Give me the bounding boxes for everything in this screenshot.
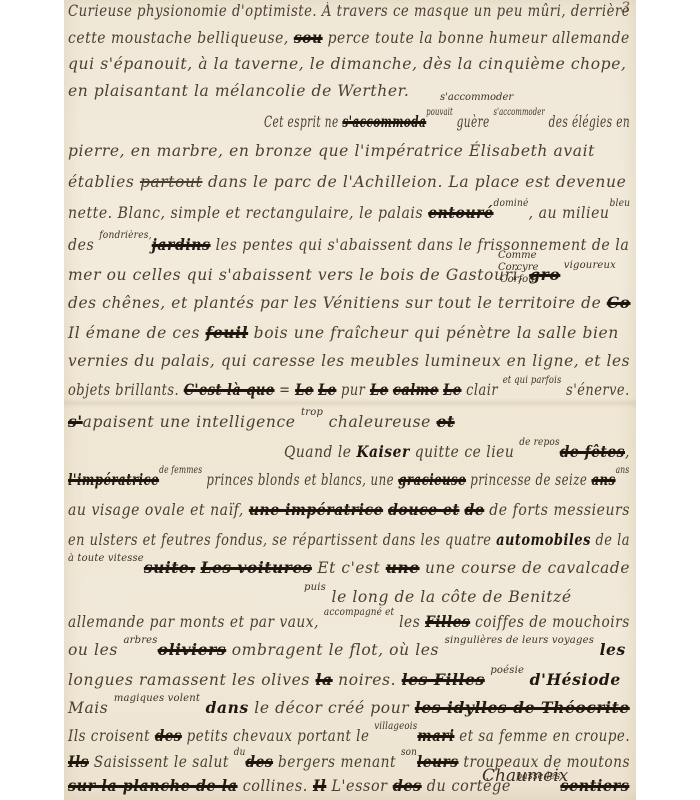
line-text: ou les (68, 641, 123, 659)
inserted-text: bleu (610, 198, 631, 209)
manuscript-line: établies partout dans le parc de l'Achil… (68, 173, 626, 191)
deleted-text: gracieuse (398, 470, 466, 489)
deleted-text: mari (417, 726, 454, 745)
line-text: apaisent une intelligence (83, 413, 301, 431)
line-text: , au milieu (529, 204, 610, 222)
line-text: pierre, en marbre, en bronze que l'impér… (68, 142, 595, 160)
inserted-text: accompagné et (324, 607, 394, 618)
deleted-text: et (436, 412, 454, 431)
manuscript-line: en plaisantant la mélancolie de Werther. (68, 82, 409, 100)
manuscript-line: longues ramassent les olives la noires. … (68, 670, 621, 689)
line-text: de la (591, 531, 630, 549)
inserted-text: singulières de leurs voyages (445, 635, 594, 646)
manuscript-line: vernies du palais, qui caresse les meubl… (68, 352, 630, 370)
deleted-text: des (155, 726, 182, 745)
line-text: en plaisantant la mélancolie de Werther. (68, 82, 409, 100)
line-text: longues ramassent les olives (68, 671, 316, 689)
deleted-text: feuil (206, 323, 249, 342)
line-text: clair (462, 381, 503, 399)
deleted-text: Le (443, 380, 461, 399)
deleted-text: calme (393, 380, 439, 399)
deleted-text: sou (294, 28, 323, 47)
line-text: des élégies en (545, 113, 630, 131)
manuscript-line: s'apaisent une intelligence trop chaleur… (68, 412, 455, 431)
manuscript-line: des chênes, et plantés par les Vénitiens… (68, 293, 630, 312)
line-text: bergers menant (273, 753, 401, 771)
inserted-text: son (401, 747, 417, 758)
deleted-text: sur la planche de la (68, 776, 238, 795)
deleted-text: Filles (425, 612, 470, 631)
inserted-text: s'accommoder (493, 107, 544, 118)
inserted-text: dominé (494, 198, 529, 209)
line-text: dans (206, 698, 249, 717)
deleted-text: des (245, 752, 273, 771)
deleted-text: une impératrice (249, 500, 383, 519)
line-text: Mais (68, 699, 114, 717)
line-text: cette moustache belliqueuse, (68, 29, 294, 47)
inserted-text: fondrières, (99, 230, 151, 241)
line-text: , (625, 443, 630, 461)
inserted-text: du (234, 747, 246, 758)
deleted-text: Le (295, 380, 313, 399)
line-text: les pentes qui s'abaissent dans le friss… (211, 236, 630, 254)
manuscript-line: allemande par monts et par vaux, accompa… (68, 612, 630, 631)
line-text: bois une fraîcheur qui pénètre la salle … (248, 324, 619, 342)
inserted-text: arbres (123, 635, 157, 646)
line-text: L'essor (326, 777, 392, 795)
line-text: guère (453, 113, 494, 131)
manuscript-line: à toute vitessesuite. Les voitures Et c'… (68, 558, 630, 577)
deleted-text: la (316, 670, 333, 689)
manuscript-line: l'impératricede femmes princes blonds et… (68, 470, 629, 489)
line-text: automobiles (496, 530, 591, 549)
line-text: d'Hésiode (530, 670, 621, 689)
deleted-text: oliviers (158, 640, 227, 659)
deleted-text: Il (313, 776, 326, 795)
deleted-text: de fêtes (560, 442, 625, 461)
line-text: au visage ovale et naïf, (68, 501, 249, 519)
margin-note: Corfou (500, 274, 535, 285)
line-text: des chênes, et plantés par les Vénitiens… (68, 294, 607, 312)
deleted-text: s' (68, 412, 83, 431)
manuscript-line: Il émane de ces feuil bois une fraîcheur… (68, 323, 619, 342)
line-text: ombragent le flot, où les (226, 641, 444, 659)
line-text: une course de cavalcade (420, 559, 630, 577)
signature: Chaumeix (482, 766, 568, 786)
line-text: en ulsters et feutres fondus, se réparti… (68, 531, 496, 549)
manuscript-line: cette moustache belliqueuse, sou perce t… (68, 28, 630, 47)
manuscript-line: ou les arbresoliviers ombragent le flot,… (68, 640, 626, 659)
line-text: mer ou celles qui s'abaissent vers le bo… (68, 266, 529, 284)
line-text: princes blonds et blancs, une (202, 471, 398, 489)
line-text: les (600, 640, 626, 659)
line-text: partout (140, 173, 203, 191)
manuscript-line: objets brillants. C'est là que = Le Le p… (68, 380, 630, 399)
line-text: pur (336, 381, 370, 399)
deleted-text: l'impératrice (68, 470, 159, 489)
line-text: Quand le (284, 443, 356, 461)
inserted-text: villageois (374, 721, 417, 732)
line-text: dans le parc de l'Achilleion. La place e… (202, 173, 626, 191)
deleted-text: des (393, 776, 422, 795)
margin-note: s'accommoder (440, 92, 513, 103)
manuscript-line: Cet esprit ne s'accommodapouvait guère s… (264, 112, 630, 131)
line-text: Et c'est (312, 559, 386, 577)
line-text: perce toute la bonne humeur allemande (323, 29, 630, 47)
inserted-text: pouvait (426, 107, 453, 118)
deleted-text: Ils (68, 752, 89, 771)
inserted-text: de femmes (159, 465, 202, 476)
line-text: petits chevaux portant le (182, 727, 374, 745)
line-text: Kaiser (356, 442, 409, 461)
inserted-text: ans (616, 465, 630, 476)
deleted-text: suite. (144, 558, 195, 577)
manuscript-line: pierre, en marbre, en bronze que l'impér… (68, 142, 595, 160)
line-text: Cet esprit ne (264, 113, 342, 131)
deleted-text: jardins (152, 235, 211, 254)
line-text: de forts messieurs (484, 501, 630, 519)
line-text: établies (68, 173, 140, 191)
line-text: allemande par monts et par vaux, (68, 613, 324, 631)
deleted-text: entouré (428, 203, 493, 222)
deleted-text: Les voitures (201, 558, 312, 577)
line-text: et sa femme en croupe. (454, 727, 630, 745)
inserted-text: poésie (490, 665, 524, 676)
line-text: qui s'épanouit, à la taverne, le dimanch… (68, 55, 627, 73)
manuscript-line: Mais magiques volent dans le décor créé … (68, 698, 630, 717)
margin-note: Comme (498, 250, 537, 261)
manuscript-line: qui s'épanouit, à la taverne, le dimanch… (68, 55, 627, 73)
deleted-text: de (464, 500, 484, 519)
deleted-text: C'est là que (184, 380, 275, 399)
inserted-text: puis (304, 582, 326, 593)
line-text: coiffes de mouchoirs (470, 613, 630, 631)
line-text: = (275, 381, 296, 399)
manuscript-line: au visage ovale et naïf, une impératrice… (68, 500, 630, 519)
deleted-text: les idylles de Théocrite (415, 698, 630, 717)
line-text: collines. (238, 777, 313, 795)
manuscript-line: Quand le Kaiser quitte ce lieu de reposd… (284, 442, 630, 461)
deleted-text: les Filles (402, 670, 485, 689)
deleted-text: sentiers (560, 776, 629, 795)
deleted-text: douce et (388, 500, 459, 519)
deleted-text: Le (318, 380, 336, 399)
margin-note: Corcyre (498, 262, 538, 273)
line-text: vernies du palais, qui caresse les meubl… (68, 352, 630, 370)
manuscript-line: des fondrières,jardins les pentes qui s'… (68, 235, 629, 254)
line-text: des (68, 236, 99, 254)
deleted-text: une (386, 558, 420, 577)
deleted-text: Co (607, 293, 631, 312)
line-text: Il émane de ces (68, 324, 206, 342)
line-text: princesse de seize (466, 471, 591, 489)
manuscript-line: en ulsters et feutres fondus, se réparti… (68, 530, 630, 549)
manuscript-line: puis le long de la côte de Benitzé (304, 588, 572, 606)
line-text: le long de la côte de Benitzé (326, 588, 572, 606)
line-text: le décor créé pour (249, 699, 415, 717)
line-text: chaleureuse (323, 413, 436, 431)
deleted-text: ans (591, 470, 615, 489)
inserted-text: à toute vitesse (68, 553, 144, 564)
inserted-text: trop (301, 407, 323, 418)
line-text: quitte ce lieu (410, 443, 519, 461)
inserted-text: magiques volent (114, 693, 200, 704)
deleted-text: Le (370, 380, 388, 399)
inserted-text: et qui parfois (503, 375, 562, 386)
line-text: les (394, 613, 425, 631)
line-text: objets brillants. (68, 381, 184, 399)
manuscript-line: nette. Blanc, simple et rectangulaire, l… (68, 203, 630, 222)
manuscript-line: Curieuse physionomie d'optimiste. À trav… (68, 2, 630, 20)
inserted-text: vigoureux (560, 260, 616, 271)
line-text: s'énerve. (561, 381, 629, 399)
line-text: Curieuse physionomie d'optimiste. À trav… (68, 2, 630, 20)
line-text: noires. (333, 671, 402, 689)
manuscript-line: Ils croisent des petits chevaux portant … (68, 726, 630, 745)
deleted-text: s'accommoda (342, 112, 426, 131)
line-text: Saisissent le salut (89, 753, 234, 771)
deleted-text: leurs (417, 752, 458, 771)
manuscript-page: 3 Curieuse physionomie d'optimiste. À tr… (64, 0, 636, 800)
line-text: Ils croisent (68, 727, 155, 745)
line-text: nette. Blanc, simple et rectangulaire, l… (68, 204, 428, 222)
inserted-text: de repos (519, 437, 559, 448)
